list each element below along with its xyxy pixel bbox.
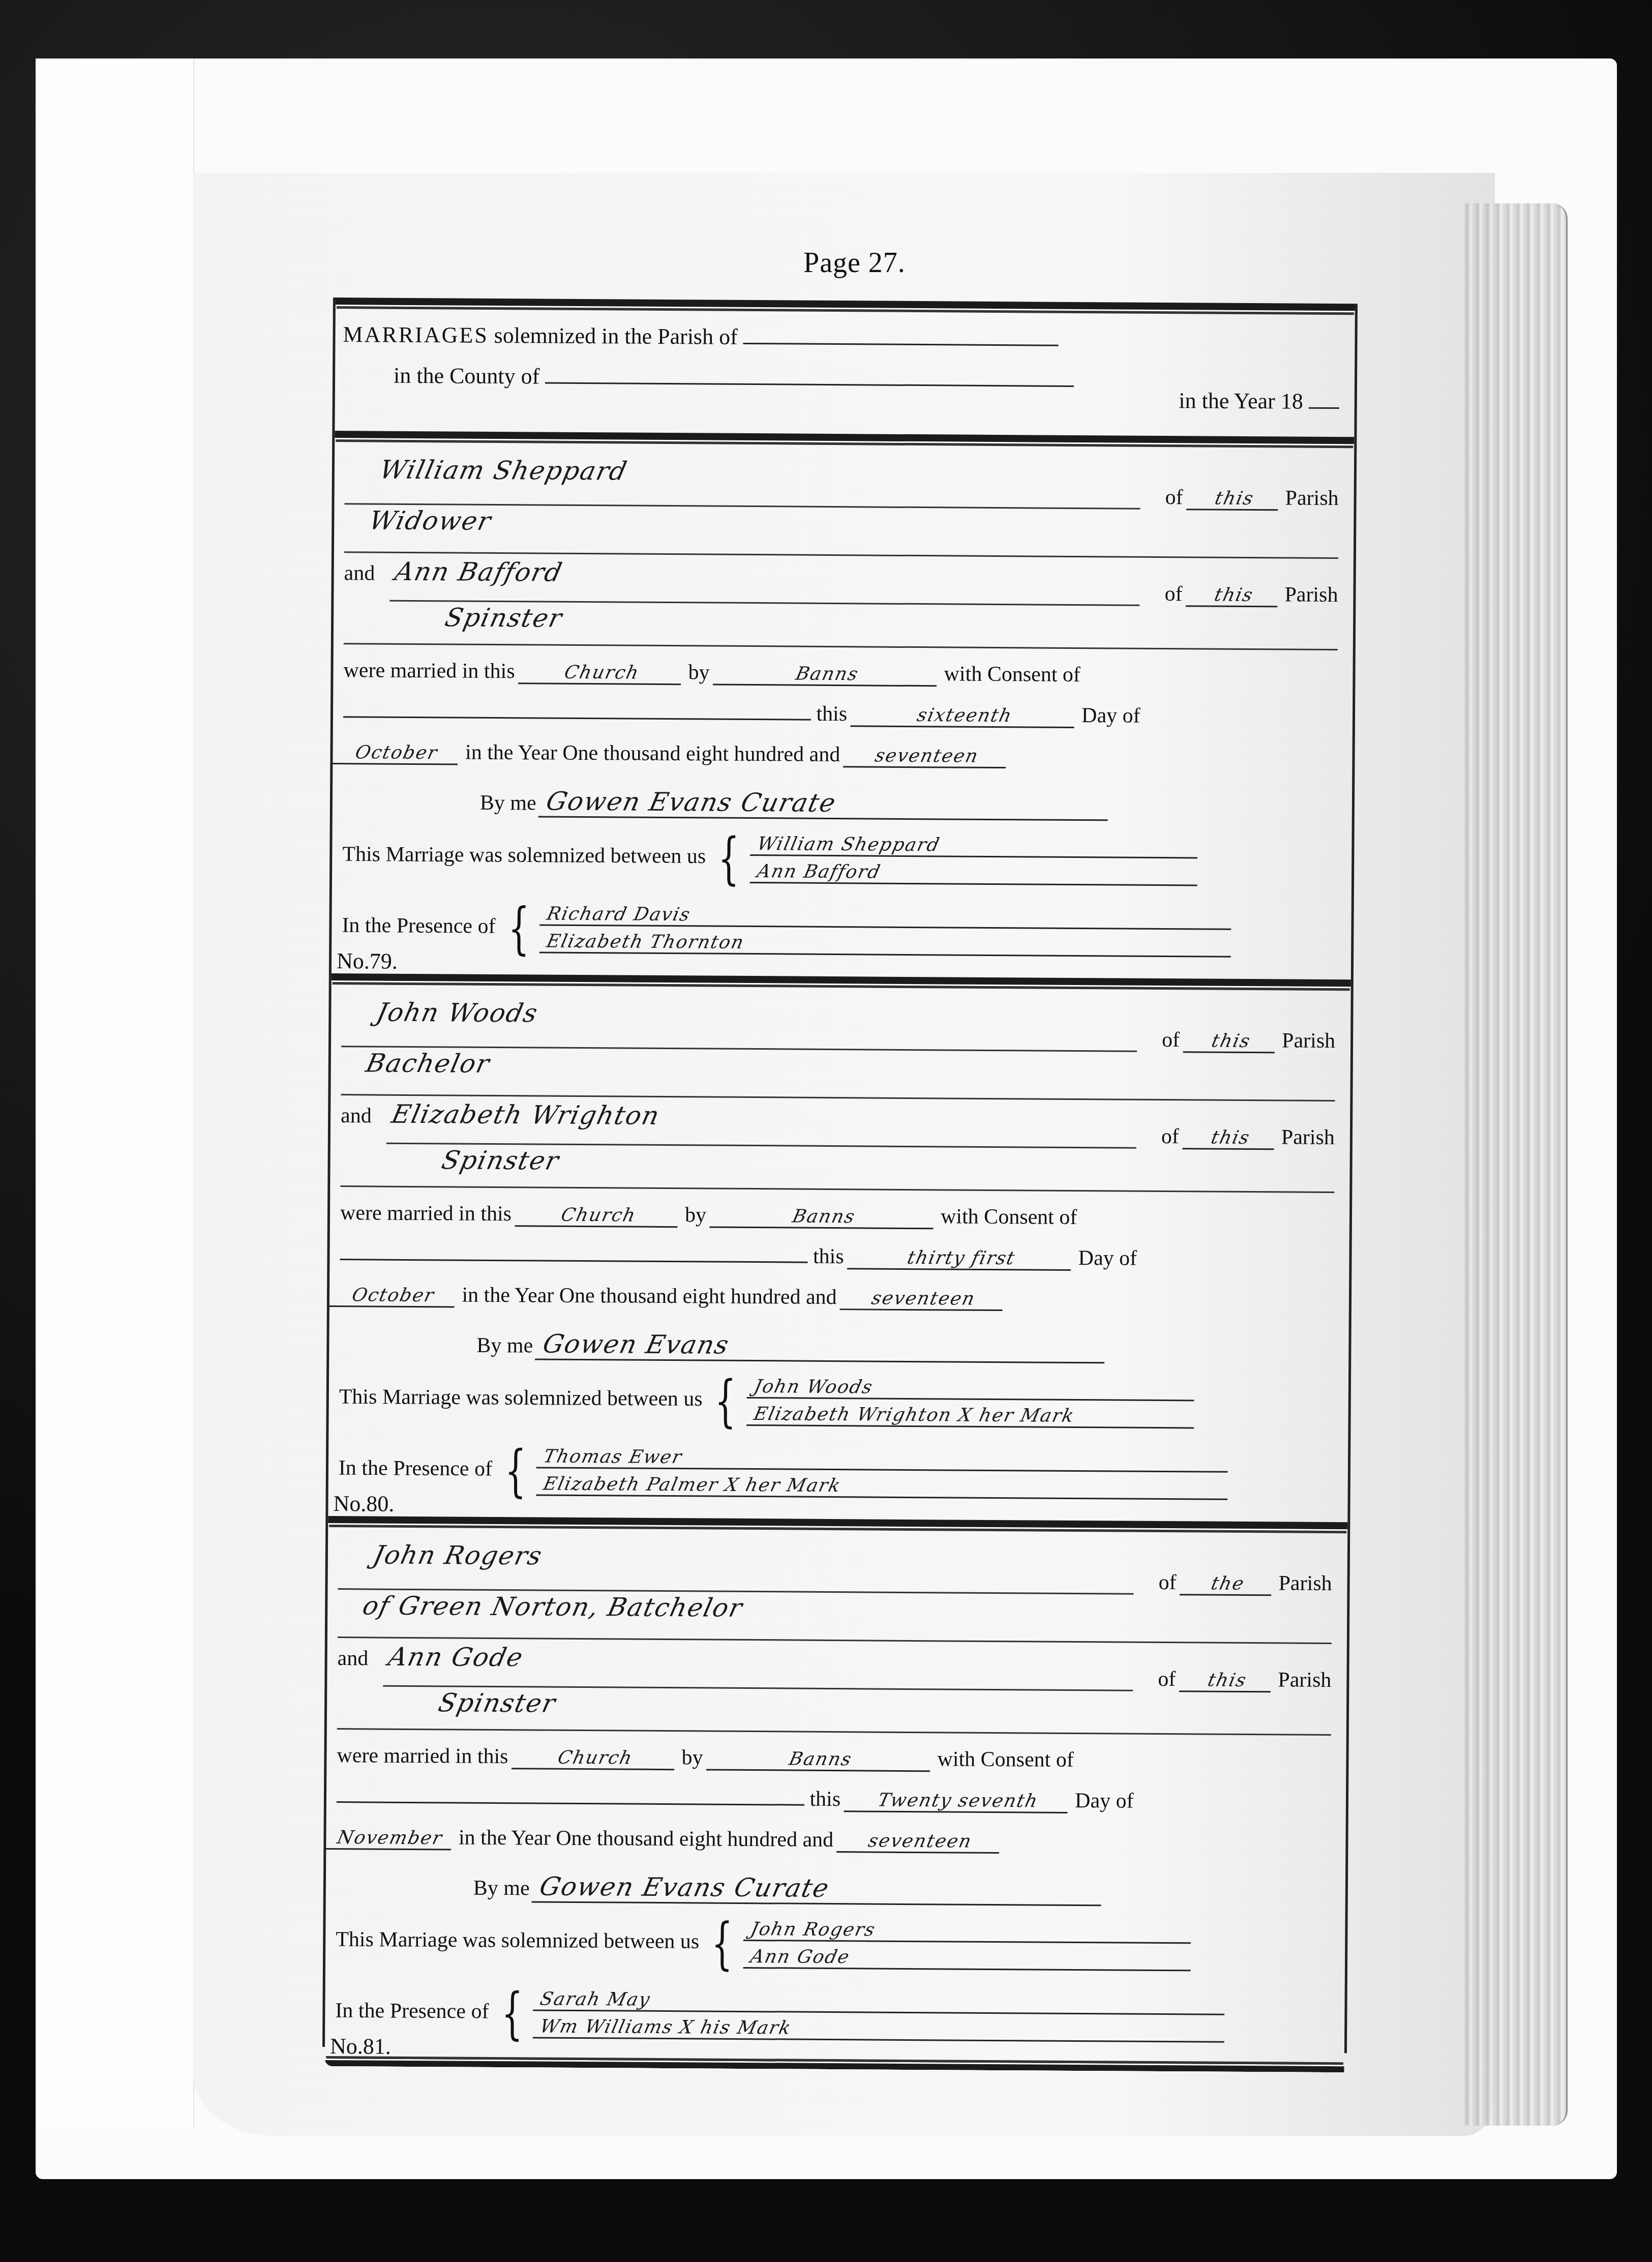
marriage-by: Banns — [712, 663, 941, 687]
bride-parish: this — [1182, 1127, 1279, 1150]
entry-number: No.81. — [330, 2033, 391, 2060]
marriage-month: November — [324, 1827, 456, 1850]
marriage-day: thirty first — [847, 1247, 1075, 1271]
book-page-edges — [1464, 203, 1568, 2126]
marriage-year-words: seventeen — [839, 1288, 1007, 1311]
consent-value — [337, 1801, 804, 1806]
solemnized-label: This Marriage was solemnized between us — [339, 1385, 703, 1411]
consent-label: with Consent of — [937, 1747, 1074, 1772]
of-label: of — [1161, 1125, 1179, 1148]
witness-signature-2: Wm Williams X his Mark — [532, 2016, 1229, 2043]
by-label: by — [685, 1203, 706, 1227]
consent-value — [343, 716, 811, 721]
brace-icon: { — [715, 1383, 736, 1419]
by-me-label: By me — [473, 1877, 530, 1900]
this-label: this — [813, 1245, 844, 1268]
bride-name: Ann Bafford — [393, 557, 566, 587]
marriage-month: October — [331, 742, 463, 765]
parish-label: Parish — [1278, 1668, 1331, 1692]
marriage-year-words: seventeen — [843, 745, 1011, 768]
consent-label: with Consent of — [944, 662, 1080, 687]
solemnized-label: This Marriage was solemnized between us — [336, 1928, 699, 1953]
presence-label: In the Presence of — [339, 1456, 492, 1481]
witness-signature-2: Elizabeth Thornton — [539, 931, 1236, 958]
of-label: of — [1162, 1028, 1180, 1052]
brace-icon: { — [504, 1453, 526, 1489]
party-signature-1: John Woods — [746, 1376, 1199, 1401]
marriage-by: Banns — [706, 1748, 935, 1772]
bride-condition: Spinster — [442, 603, 565, 633]
marriage-day: sixteenth — [850, 704, 1079, 728]
header-county-label: in the County of — [394, 363, 539, 389]
party-signature-2: Ann Gode — [743, 1946, 1195, 1971]
day-of-label: Day of — [1078, 1246, 1137, 1270]
entry-number: No.80. — [333, 1491, 394, 1517]
day-of-label: Day of — [1075, 1789, 1134, 1813]
brace-icon: { — [718, 841, 740, 876]
parish-label: Parish — [1285, 486, 1338, 510]
entries-list: William Sheppard of this Parish Widower … — [325, 439, 1354, 2065]
presence-label: In the Presence of — [342, 914, 495, 938]
party-signature-1: John Rogers — [743, 1919, 1196, 1944]
of-label: of — [1158, 1668, 1176, 1691]
groom-name: William Sheppard — [377, 455, 630, 486]
bride-name: Ann Gode — [385, 1642, 526, 1673]
header-title-caps: MARRIAGES — [343, 322, 488, 348]
marriage-entry: John Rogers of the Parish of Green Norto… — [325, 1525, 1347, 2065]
by-me-label: By me — [476, 1334, 533, 1358]
header-title-rest: solemnized in the Parish of — [494, 323, 738, 349]
entry-number: No.79. — [337, 948, 398, 974]
groom-condition: Widower — [367, 505, 495, 535]
page-number: Page 27. — [803, 247, 906, 279]
marriage-month: October — [327, 1285, 459, 1307]
this-label: this — [809, 1788, 840, 1811]
consent-label: with Consent of — [941, 1205, 1077, 1229]
marriage-day: Twenty seventh — [844, 1790, 1072, 1813]
header-year-label: in the Year 18 — [1179, 388, 1303, 413]
county-blank — [545, 377, 1074, 387]
party-signature-2: Elizabeth Wrighton X her Mark — [746, 1404, 1199, 1428]
of-label: of — [1158, 1571, 1176, 1594]
marriage-place: Church — [518, 662, 685, 685]
bride-parish: this — [1185, 584, 1282, 607]
bride-condition-line — [337, 1728, 1331, 1736]
groom-parish: this — [1186, 488, 1282, 511]
groom-parish: this — [1183, 1030, 1279, 1053]
marriage-place: Church — [515, 1204, 682, 1228]
of-label: of — [1164, 582, 1182, 606]
witness-signature-1: Richard Davis — [539, 904, 1236, 930]
day-of-label: Day of — [1082, 704, 1140, 728]
marriage-year-words: seventeen — [836, 1830, 1004, 1854]
bride-condition-line — [344, 643, 1338, 650]
officiant-signature: Gowen Evans — [535, 1329, 1111, 1364]
consent-value — [340, 1259, 807, 1263]
left-margin-strip — [36, 58, 194, 2128]
year-phrase-label: in the Year One thousand eight hundred a… — [459, 1826, 833, 1852]
party-signature-1: William Sheppard — [750, 834, 1203, 858]
and-label: and — [341, 1104, 372, 1127]
by-label: by — [681, 1746, 703, 1769]
witness-signature-1: Thomas Ewer — [536, 1446, 1233, 1473]
of-label: of — [1165, 486, 1183, 509]
marriage-entry: William Sheppard of this Parish Widower … — [332, 439, 1354, 979]
marriage-register-form: MARRIAGES solemnized in the Parish of in… — [322, 297, 1358, 2053]
parish-label: Parish — [1282, 1029, 1335, 1053]
parish-label: Parish — [1284, 583, 1338, 607]
officiant-signature: Gowen Evans Curate — [532, 1872, 1108, 1907]
groom-condition: of Green Norton, Batchelor — [360, 1591, 746, 1622]
presence-label: In the Presence of — [335, 1999, 489, 2023]
groom-name: John Woods — [374, 998, 541, 1028]
parish-label: Parish — [1281, 1125, 1335, 1149]
year-blank — [1309, 402, 1339, 409]
marriage-by: Banns — [709, 1206, 938, 1230]
witness-signature-1: Sarah May — [533, 1989, 1229, 2015]
groom-parish: the — [1179, 1573, 1276, 1596]
parish-blank — [743, 338, 1059, 346]
bride-condition-line — [340, 1185, 1334, 1193]
brace-icon: { — [711, 1926, 733, 1961]
marriage-place: Church — [511, 1747, 679, 1770]
bride-name: Elizabeth Wrighton — [389, 1099, 663, 1130]
groom-condition: Bachelor — [363, 1048, 493, 1078]
register-header: MARRIAGES solemnized in the Parish of in… — [335, 306, 1355, 437]
officiant-signature: Gowen Evans Curate — [538, 787, 1115, 821]
solemnized-label: This Marriage was solemnized between us — [342, 843, 706, 868]
by-me-label: By me — [480, 791, 536, 815]
married-in-label: were married in this — [337, 1744, 508, 1768]
bride-condition: Spinster — [436, 1688, 559, 1718]
brace-icon: { — [501, 1996, 523, 2031]
groom-name: John Rogers — [371, 1540, 546, 1571]
parish-label: Parish — [1278, 1571, 1332, 1595]
married-in-label: were married in this — [340, 1201, 512, 1226]
year-phrase-label: in the Year One thousand eight hundred a… — [465, 741, 840, 767]
marriage-entry: John Woods of this Parish Bachelor and E… — [328, 982, 1350, 1522]
brace-icon: { — [508, 910, 529, 946]
and-label: and — [344, 561, 375, 585]
bride-condition: Spinster — [439, 1145, 562, 1175]
this-label: this — [816, 702, 847, 726]
witness-signature-2: Elizabeth Palmer X her Mark — [536, 1474, 1233, 1500]
by-label: by — [688, 661, 709, 684]
and-label: and — [338, 1647, 369, 1670]
bride-parish: this — [1179, 1670, 1275, 1692]
married-in-label: were married in this — [343, 659, 515, 683]
party-signature-2: Ann Bafford — [749, 861, 1202, 886]
year-phrase-label: in the Year One thousand eight hundred a… — [462, 1284, 836, 1309]
